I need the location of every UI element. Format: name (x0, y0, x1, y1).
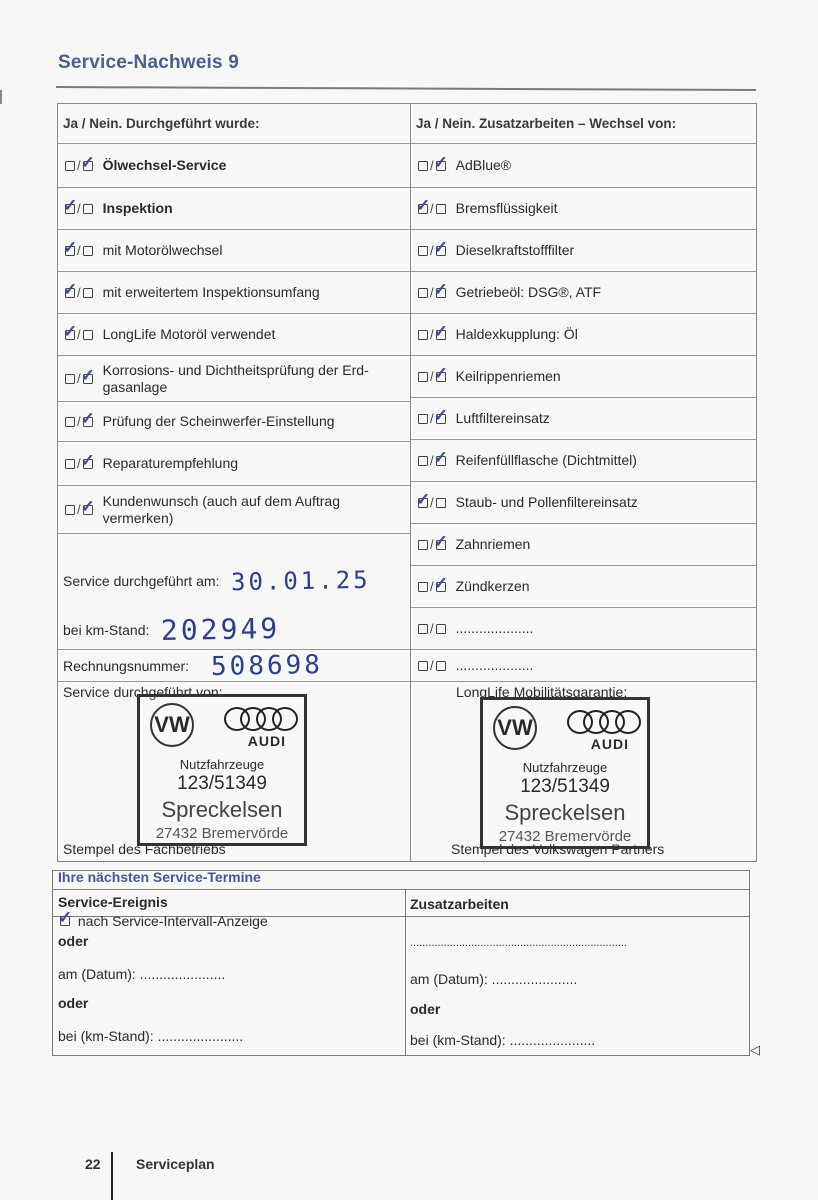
additional-item-label: Zündkerzen (456, 578, 530, 595)
stamp-line-1: Nutzfahrzeuge (140, 757, 304, 772)
nein-checkbox[interactable] (436, 456, 446, 466)
nein-checkbox[interactable] (83, 161, 93, 171)
margin-mark (0, 90, 2, 104)
additional-item-label: Luftfiltereinsatz (456, 410, 550, 427)
ja-checkbox[interactable] (418, 330, 428, 340)
ja-nein-toggle: / (63, 414, 95, 429)
vw-logo-icon: VW (150, 703, 194, 747)
additional-item-label: AdBlue® (456, 157, 511, 174)
invoice-value[interactable]: 508698 (211, 650, 323, 682)
nein-checkbox[interactable] (83, 204, 93, 214)
additional-item-label: Haldexkupplung: Öl (456, 326, 578, 343)
ja-checkbox[interactable] (65, 505, 75, 515)
ja-checkbox[interactable] (418, 456, 428, 466)
ja-checkbox[interactable] (65, 288, 75, 298)
nein-checkbox[interactable] (436, 204, 446, 214)
partner-stamp: VW AUDI Nutzfahrzeuge 123/51349 Spreckel… (480, 697, 650, 849)
additional-item-label: .................... (456, 657, 534, 674)
ja-checkbox[interactable] (418, 372, 428, 382)
stamp-line-3: Spreckelsen (140, 797, 304, 823)
interval-label: nach Service-Intervall-Anzeige (78, 913, 268, 929)
audi-rings-icon (567, 710, 639, 732)
next-km-field[interactable]: bei (km-Stand): ...................... (58, 1028, 243, 1044)
ja-checkbox[interactable] (65, 161, 75, 171)
footer-section: Serviceplan (136, 1156, 215, 1172)
performed-item-label: mit Motorölwechsel (103, 242, 223, 259)
ja-nein-toggle: / (416, 369, 448, 384)
stamp-line-4: 27432 Bremervörde (140, 825, 304, 842)
ja-checkbox[interactable] (418, 624, 428, 634)
ja-nein-toggle: / (63, 243, 95, 258)
ja-checkbox[interactable] (65, 204, 75, 214)
performed-item-label: mit erweitertem Inspektionsumfang (103, 284, 320, 301)
additional-work-header: Ja / Nein. Zusatzarbeiten – Wechsel von: (411, 104, 757, 144)
performed-item-label: Inspektion (103, 200, 173, 217)
nein-checkbox[interactable] (83, 246, 93, 256)
slash-separator: / (430, 658, 434, 673)
additional-item-row: /Bremsflüssigkeit (411, 188, 757, 230)
additional-work-field[interactable]: ........................................… (410, 937, 627, 949)
slash-separator: / (77, 327, 81, 342)
additional-item-label: Keilrippenriemen (456, 368, 561, 385)
performed-item-row: /Prüfung der Scheinwerfer-Einstellung (58, 402, 410, 442)
performed-item-label: Kundenwunsch (auch auf dem Auftrag verme… (103, 493, 410, 527)
nein-checkbox[interactable] (436, 582, 446, 592)
additional-item-label: Bremsflüssigkeit (456, 200, 558, 217)
additional-item-row: /Reifenfüllflasche (Dichtmittel) (411, 440, 757, 482)
interval-option[interactable]: nach Service-Intervall-Anzeige (58, 913, 268, 929)
nein-checkbox[interactable] (83, 330, 93, 340)
next-km-field-2[interactable]: bei (km-Stand): ...................... (410, 1032, 595, 1048)
ja-nein-toggle: / (416, 579, 448, 594)
dealer-stamp: VW AUDI Nutzfahrzeuge 123/51349 Spreckel… (137, 694, 307, 846)
ja-checkbox[interactable] (418, 498, 428, 508)
title-rule (56, 86, 756, 91)
slash-separator: / (77, 243, 81, 258)
ja-nein-toggle: / (416, 453, 448, 468)
performed-item-row: /Inspektion (58, 188, 410, 230)
additional-item-label: Getriebeöl: DSG®, ATF (456, 284, 601, 301)
page-number: 22 (85, 1156, 101, 1172)
ja-checkbox[interactable] (65, 330, 75, 340)
nein-checkbox[interactable] (83, 505, 93, 515)
slash-separator: / (430, 201, 434, 216)
nein-checkbox[interactable] (436, 161, 446, 171)
performed-item-row: /Reparaturempfehlung (58, 442, 410, 486)
stamp-line-2: 123/51349 (483, 776, 647, 798)
stamp-line-4: 27432 Bremervörde (483, 828, 647, 845)
ja-nein-toggle: / (416, 285, 448, 300)
nein-checkbox[interactable] (436, 288, 446, 298)
invoice-label: Rechnungsnummer: (63, 658, 189, 674)
slash-separator: / (430, 495, 434, 510)
performed-item-row: /LongLife Motoröl verwendet (58, 314, 410, 356)
performed-item-label: LongLife Motoröl verwendet (103, 326, 276, 343)
ja-checkbox[interactable] (418, 246, 428, 256)
ja-nein-toggle: / (63, 327, 95, 342)
ja-checkbox[interactable] (418, 204, 428, 214)
performed-item-label: Prüfung der Scheinwerfer-Einstellung (103, 413, 335, 430)
ja-nein-toggle: / (63, 201, 95, 216)
nein-checkbox[interactable] (436, 498, 446, 508)
additional-item-row: /AdBlue® (411, 144, 757, 188)
additional-item-label: Dieselkraftstofffilter (456, 242, 575, 259)
nein-checkbox[interactable] (436, 540, 446, 550)
additional-item-row: /Dieselkraftstofffilter (411, 230, 757, 272)
service-date-value[interactable]: 30.01.25 (231, 566, 371, 596)
stamp-line-3: Spreckelsen (483, 800, 647, 826)
stamp-line-2: 123/51349 (140, 773, 304, 795)
km-row: bei km-Stand: 202949 (58, 610, 410, 650)
slash-separator: / (77, 285, 81, 300)
ja-checkbox[interactable] (418, 414, 428, 424)
ja-checkbox[interactable] (418, 582, 428, 592)
invoice-row: Rechnungsnummer: 508698 (58, 650, 410, 682)
ja-nein-toggle: / (63, 502, 95, 517)
additional-item-row: /Getriebeöl: DSG®, ATF (411, 272, 757, 314)
triangle-left-icon: ◁ (750, 1042, 760, 1058)
performed-item-label: Korrosions- und Dichtheitsprüfung der Er… (103, 362, 410, 396)
additional-item-row: /Keilrippenriemen (411, 356, 757, 398)
ja-nein-toggle: / (416, 658, 448, 673)
audi-rings-icon (224, 707, 296, 729)
ja-checkbox[interactable] (418, 540, 428, 550)
additional-item-row: /.................... (411, 608, 757, 650)
nein-checkbox[interactable] (436, 414, 446, 424)
ja-nein-toggle: / (416, 158, 448, 173)
nein-checkbox[interactable] (83, 374, 93, 384)
slash-separator: / (77, 201, 81, 216)
nein-checkbox[interactable] (83, 417, 93, 427)
ja-nein-toggle: / (63, 371, 95, 386)
interval-checkbox[interactable] (60, 916, 70, 926)
column-divider (405, 889, 406, 1055)
additional-work-subheader: Zusatzarbeiten (410, 896, 509, 912)
additional-item-row: /.................... (411, 650, 757, 682)
ja-nein-toggle: / (416, 243, 448, 258)
additional-item-row: /Staub- und Pollenfiltereinsatz (411, 482, 757, 524)
ja-checkbox[interactable] (65, 246, 75, 256)
additional-item-row: /Zündkerzen (411, 566, 757, 608)
next-date-field-2[interactable]: am (Datum): ...................... (410, 971, 577, 987)
ja-checkbox[interactable] (418, 288, 428, 298)
performed-item-row: /Korrosions- und Dichtheitsprüfung der E… (58, 356, 410, 402)
ja-checkbox[interactable] (418, 161, 428, 171)
nein-checkbox[interactable] (83, 459, 93, 469)
performed-item-label: Ölwechsel-Service (103, 157, 227, 174)
footer-divider (111, 1152, 113, 1200)
performed-item-label: Reparaturempfehlung (103, 455, 238, 472)
ja-nein-toggle: / (416, 327, 448, 342)
next-date-field[interactable]: am (Datum): ...................... (58, 966, 225, 982)
additional-item-row: /Haldexkupplung: Öl (411, 314, 757, 356)
stamp-brand: AUDI (248, 733, 286, 749)
performed-header: Ja / Nein. Durchgeführt wurde: (58, 104, 410, 144)
oder-label: oder (410, 1001, 440, 1017)
next-service-title: Ihre nächsten Service-Termine (58, 869, 261, 885)
ja-nein-toggle: / (416, 495, 448, 510)
nein-checkbox[interactable] (83, 288, 93, 298)
additional-item-label: .................... (456, 620, 534, 637)
next-service-box: Ihre nächsten Service-Termine Service-Er… (52, 870, 750, 1056)
nein-checkbox[interactable] (436, 624, 446, 634)
km-value[interactable]: 202949 (161, 612, 281, 647)
additional-item-label: Staub- und Pollenfiltereinsatz (456, 494, 638, 511)
oder-label: oder (58, 995, 88, 1011)
stamp-line-1: Nutzfahrzeuge (483, 760, 647, 775)
performed-item-row: /mit erweitertem Inspektionsumfang (58, 272, 410, 314)
additional-item-row: /Zahnriemen (411, 524, 757, 566)
performed-item-row: /mit Motorölwechsel (58, 230, 410, 272)
ja-nein-toggle: / (416, 537, 448, 552)
slash-separator: / (430, 621, 434, 636)
vw-logo-icon: VW (493, 706, 537, 750)
oder-label: oder (58, 933, 88, 949)
service-date-label: Service durchgeführt am: (63, 573, 219, 589)
additional-item-label: Reifenfüllflasche (Dichtmittel) (456, 452, 637, 469)
additional-item-label: Zahnriemen (456, 536, 531, 553)
performed-item-row: /Kundenwunsch (auch auf dem Auftrag verm… (58, 486, 410, 534)
km-label: bei km-Stand: (63, 622, 149, 638)
ja-nein-toggle: / (416, 201, 448, 216)
nein-checkbox[interactable] (436, 330, 446, 340)
nein-checkbox[interactable] (436, 661, 446, 671)
performed-item-row: /Ölwechsel-Service (58, 144, 410, 188)
page-title: Service-Nachweis 9 (58, 52, 239, 74)
nein-checkbox[interactable] (436, 246, 446, 256)
ja-nein-toggle: / (416, 411, 448, 426)
service-event-header: Service-Ereignis (58, 894, 168, 910)
ja-checkbox[interactable] (65, 459, 75, 469)
ja-checkbox[interactable] (65, 374, 75, 384)
ja-nein-toggle: / (63, 456, 95, 471)
stamp-brand: AUDI (591, 736, 629, 752)
ja-checkbox[interactable] (418, 661, 428, 671)
ja-nein-toggle: / (63, 285, 95, 300)
nein-checkbox[interactable] (436, 372, 446, 382)
ja-checkbox[interactable] (65, 417, 75, 427)
additional-item-row: /Luftfiltereinsatz (411, 398, 757, 440)
ja-nein-toggle: / (416, 621, 448, 636)
ja-nein-toggle: / (63, 158, 95, 173)
